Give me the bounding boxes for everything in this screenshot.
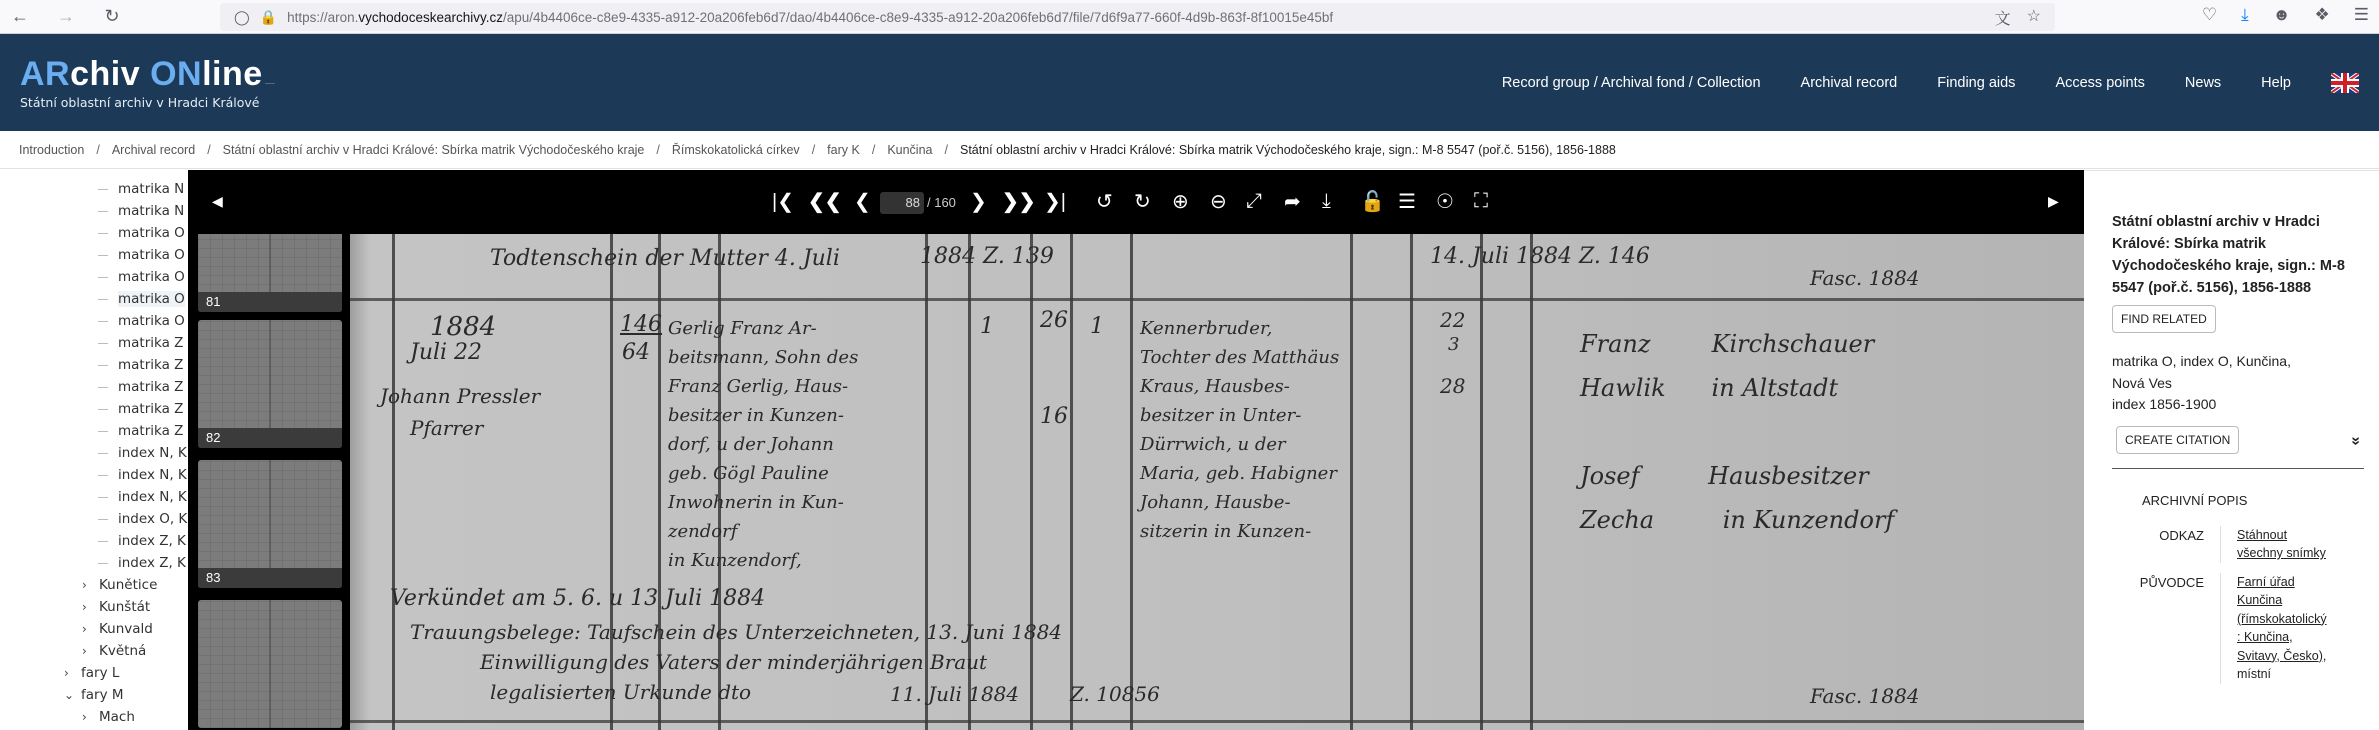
tree-node-fary-m[interactable]: ⌄fary M (64, 684, 124, 706)
image-viewer: ◀ |❮ ❮❮ ❮ / 160 ❯ ❯❯ ❯| ↺ ↻ ⊕ ⊖ ⤢ ➦ ⤓ 🔓 … (188, 170, 2084, 730)
downloads-icon[interactable]: ⤓ (2241, 5, 2249, 25)
zoom-out-icon[interactable]: ⊖ (1210, 189, 1227, 213)
handwriting: 22 (1440, 308, 1465, 332)
lock-icon[interactable]: 🔒 (260, 9, 277, 26)
tree-leaf[interactable]: matrika O (98, 222, 185, 244)
viewer-toolbar: ◀ |❮ ❮❮ ❮ / 160 ❯ ❯❯ ❯| ↺ ↻ ⊕ ⊖ ⤢ ➦ ⤓ 🔓 … (188, 170, 2084, 234)
tree-leaf[interactable]: index O, K (98, 508, 187, 530)
chevron-right-icon: › (82, 578, 94, 592)
tree-leaf[interactable]: matrika Z (98, 354, 183, 376)
translate-icon[interactable]: 文 (1995, 6, 2011, 29)
main-content: matrika N matrika N matrika O matrika O … (0, 170, 2379, 730)
nav-archival-record[interactable]: Archival record (1801, 75, 1898, 91)
page-number-input[interactable] (880, 192, 924, 214)
navigator-compass-icon[interactable]: ☉ (1436, 189, 1454, 213)
create-citation-button[interactable]: CREATE CITATION (2116, 426, 2239, 454)
metadata-table: ODKAZ Stáhnout všechny snímky PŮVODCE Fa… (2112, 526, 2372, 684)
archive-tree: matrika N matrika N matrika O matrika O … (0, 170, 188, 730)
download-all-link[interactable]: Stáhnout všechny snímky (2237, 528, 2326, 561)
fit-icon[interactable]: ⤢ (1246, 189, 1262, 213)
handwriting: Trauungsbelege: Taufschein des Unterzeic… (410, 620, 1062, 644)
account-icon[interactable]: ☻ (2273, 5, 2291, 25)
tree-leaf[interactable]: matrika N (98, 178, 184, 200)
record-title: Státní oblastní archiv v Hradci Králové:… (2112, 211, 2352, 299)
breadcrumb-fary-k[interactable]: fary K (827, 143, 860, 157)
chevron-down-icon: ⌄ (64, 688, 76, 702)
zoom-in-icon[interactable]: ⊕ (1172, 189, 1189, 213)
handwriting: Todtenschein der Mutter 4. Juli (490, 246, 840, 271)
handwriting: 3 (1448, 334, 1459, 355)
tree-node-kvetna[interactable]: ›Květná (82, 640, 146, 662)
collapse-left-icon[interactable]: ◀ (212, 189, 223, 213)
originator-link[interactable]: Farní úřad Kunčina (římskokatolický : Ku… (2237, 575, 2327, 663)
breadcrumb: Introduction/ Archival record/ Státní ob… (0, 131, 2379, 169)
nav-help[interactable]: Help (2261, 75, 2291, 91)
breadcrumb-church[interactable]: Římskokatolická církev (672, 143, 800, 157)
handwriting: 16 (1040, 404, 1068, 429)
divider (2112, 468, 2364, 469)
tree-node-partial[interactable]: ›Mach (82, 706, 135, 728)
tree-leaf[interactable]: matrika Z (98, 420, 183, 442)
first-page-icon[interactable]: |❮ (772, 189, 794, 213)
url-prefix: https://aron. (287, 10, 358, 25)
handwriting: 64 (622, 340, 650, 365)
tree-leaf[interactable]: matrika Z (98, 332, 183, 354)
main-nav: Record group / Archival fond / Collectio… (1462, 34, 2359, 131)
download-icon[interactable]: ⤓ (1322, 189, 1331, 213)
handwriting: Juli 22 (410, 340, 482, 365)
menu-icon[interactable]: ☰ (2354, 5, 2369, 25)
nav-finding-aids[interactable]: Finding aids (1937, 75, 2015, 91)
page-total: / 160 (927, 195, 956, 210)
tree-leaf[interactable]: matrika N (98, 200, 184, 222)
thumbnail[interactable]: 82 (198, 320, 342, 448)
handwriting: Johann Pressler (380, 384, 540, 408)
fast-forward-icon[interactable]: ❯❯ (1002, 189, 1036, 213)
tree-leaf[interactable]: index N, K (98, 464, 187, 486)
handwriting: 14. Juli 1884 Z. 146 (1430, 244, 1650, 269)
rotate-left-icon[interactable]: ↺ (1096, 189, 1113, 213)
handwriting: 26 (1040, 308, 1068, 333)
nav-record-group[interactable]: Record group / Archival fond / Collectio… (1502, 75, 1761, 91)
chevron-right-icon: › (82, 710, 94, 724)
chevron-right-icon: › (82, 644, 94, 658)
breadcrumb-kuncina[interactable]: Kunčina (887, 143, 932, 157)
tree-leaf[interactable]: matrika O (98, 266, 185, 288)
tree-leaf[interactable]: index N, K (98, 442, 187, 464)
rotate-right-icon[interactable]: ↻ (1134, 189, 1151, 213)
handwriting: Pfarrer (410, 416, 483, 440)
chevron-right-icon: › (82, 622, 94, 636)
handwriting: legalisierten Urkunde dto (490, 680, 751, 704)
handwriting: Verkündet am 5. 6. u 13 Juli 1884 (390, 586, 765, 611)
tree-leaf-selected[interactable]: matrika O (98, 288, 185, 310)
handwriting: 1 (980, 314, 994, 339)
tree-leaf[interactable]: matrika Z (98, 376, 183, 398)
logo-decoration (265, 83, 275, 84)
thumbnail[interactable]: 81 (198, 234, 342, 312)
breadcrumb-introduction[interactable]: Introduction (19, 143, 84, 157)
tree-node-kunetice[interactable]: ›Kunětice (82, 574, 157, 596)
prev-page-icon[interactable]: ❮ (854, 189, 871, 213)
site-logo[interactable]: ARchiv ONline (20, 55, 263, 94)
field-label-odkaz: ODKAZ (2112, 526, 2220, 563)
handwriting: Kennerbruder,Tochter des MatthäusKraus, … (1140, 314, 1339, 546)
thumbnail-strip[interactable]: 81 82 83 (198, 234, 342, 730)
record-info-panel: Státní oblastní archiv v Hradci Králové:… (2084, 170, 2379, 730)
document-scan[interactable]: Todtenschein der Mutter 4. Juli 1884 Z. … (350, 234, 2084, 730)
handwriting: 28 (1440, 374, 1465, 398)
record-description: matrika O, index O, Kunčina, Nová Ves in… (2112, 351, 2379, 416)
url-domain: vychodoceskearchivy.cz (358, 10, 503, 25)
section-archivni-popis: ARCHIVNÍ POPIS (2142, 493, 2379, 508)
breadcrumb-collection[interactable]: Státní oblastní archiv v Hradci Králové:… (223, 143, 645, 157)
handwriting: 146 (620, 312, 662, 337)
tree-leaf[interactable]: matrika Z (98, 398, 183, 420)
tree-node-fary-l[interactable]: ›fary L (64, 662, 119, 684)
fullscreen-icon[interactable]: ⛶ (1474, 189, 1488, 213)
site-subtitle: Státní oblastní archiv v Hradci Králové (20, 95, 259, 110)
reload-icon[interactable]: ↻ (100, 5, 124, 29)
shield-icon[interactable]: ◯ (234, 9, 250, 26)
chevron-right-icon: › (64, 666, 76, 680)
breadcrumb-current: Státní oblastní archiv v Hradci Králové:… (960, 143, 1616, 157)
bookmark-star-icon[interactable]: ☆ (2027, 6, 2041, 29)
fast-back-icon[interactable]: ❮❮ (808, 189, 842, 213)
tree-leaf[interactable]: matrika O (98, 310, 185, 332)
chevron-right-icon: › (82, 600, 94, 614)
unlock-icon[interactable]: 🔓 (1360, 189, 1385, 213)
tree-leaf[interactable]: index Z, K (98, 552, 186, 574)
handwriting: 1884 (430, 312, 496, 342)
tree-leaf[interactable]: index N, K (98, 486, 187, 508)
handwriting: 1 (1090, 314, 1104, 339)
handwriting: Gerlig Franz Ar-beitsmann, Sohn desFranz… (668, 314, 858, 575)
handwriting: Z. 10856 (1070, 682, 1160, 706)
breadcrumb-archival-record[interactable]: Archival record (112, 143, 195, 157)
adjust-icon[interactable]: ☰ (1398, 189, 1416, 213)
tree-leaf[interactable]: matrika O (98, 244, 185, 266)
site-header: ARchiv ONline Státní oblastní archiv v H… (0, 34, 2379, 131)
find-related-button[interactable]: FIND RELATED (2112, 305, 2216, 333)
back-icon[interactable]: ← (8, 5, 32, 29)
tree-node-kunstat[interactable]: ›Kunštát (82, 596, 150, 618)
collapse-right-icon[interactable]: ▶ (2048, 189, 2059, 213)
handwriting: Fasc. 1884 (1810, 266, 1920, 290)
tree-node-kunvald[interactable]: ›Kunvald (82, 618, 153, 640)
forward-icon[interactable]: → (54, 5, 78, 29)
field-label-puvodce: PŮVODCE (2112, 573, 2220, 684)
share-icon[interactable]: ➦ (1284, 189, 1301, 213)
handwriting: Einwilligung des Vaters der minderjährig… (480, 650, 987, 674)
handwriting: Fasc. 1884 (1810, 684, 1920, 708)
browser-toolbar: ← → ↻ ◯ 🔒 https://aron.vychodoceskearchi… (0, 0, 2379, 34)
pocket-icon[interactable]: ♡ (2202, 5, 2217, 25)
handwriting: 11. Juli 1884 (890, 682, 1019, 706)
last-page-icon[interactable]: ❯| (1044, 189, 1066, 213)
extensions-icon[interactable]: ❖ (2315, 5, 2330, 25)
url-path: /apu/4b4406ce-c8e9-4335-a912-20a206feb6d… (503, 10, 1333, 25)
next-page-icon[interactable]: ❯ (970, 189, 987, 213)
uk-flag-icon[interactable] (2331, 73, 2359, 93)
thumbnail[interactable]: 83 (198, 460, 342, 588)
handwriting: Franz KirchschauerHawlik in AltstadtJose… (1580, 322, 1894, 542)
thumbnail[interactable] (198, 600, 342, 728)
handwriting: 1884 Z. 139 (920, 244, 1054, 269)
url-bar[interactable]: ◯ 🔒 https://aron.vychodoceskearchivy.cz/… (220, 3, 2055, 31)
tree-leaf[interactable]: index Z, K (98, 530, 186, 552)
nav-access-points[interactable]: Access points (2055, 75, 2144, 91)
double-chevron-down-icon[interactable]: » (2347, 436, 2365, 445)
nav-news[interactable]: News (2185, 75, 2221, 91)
